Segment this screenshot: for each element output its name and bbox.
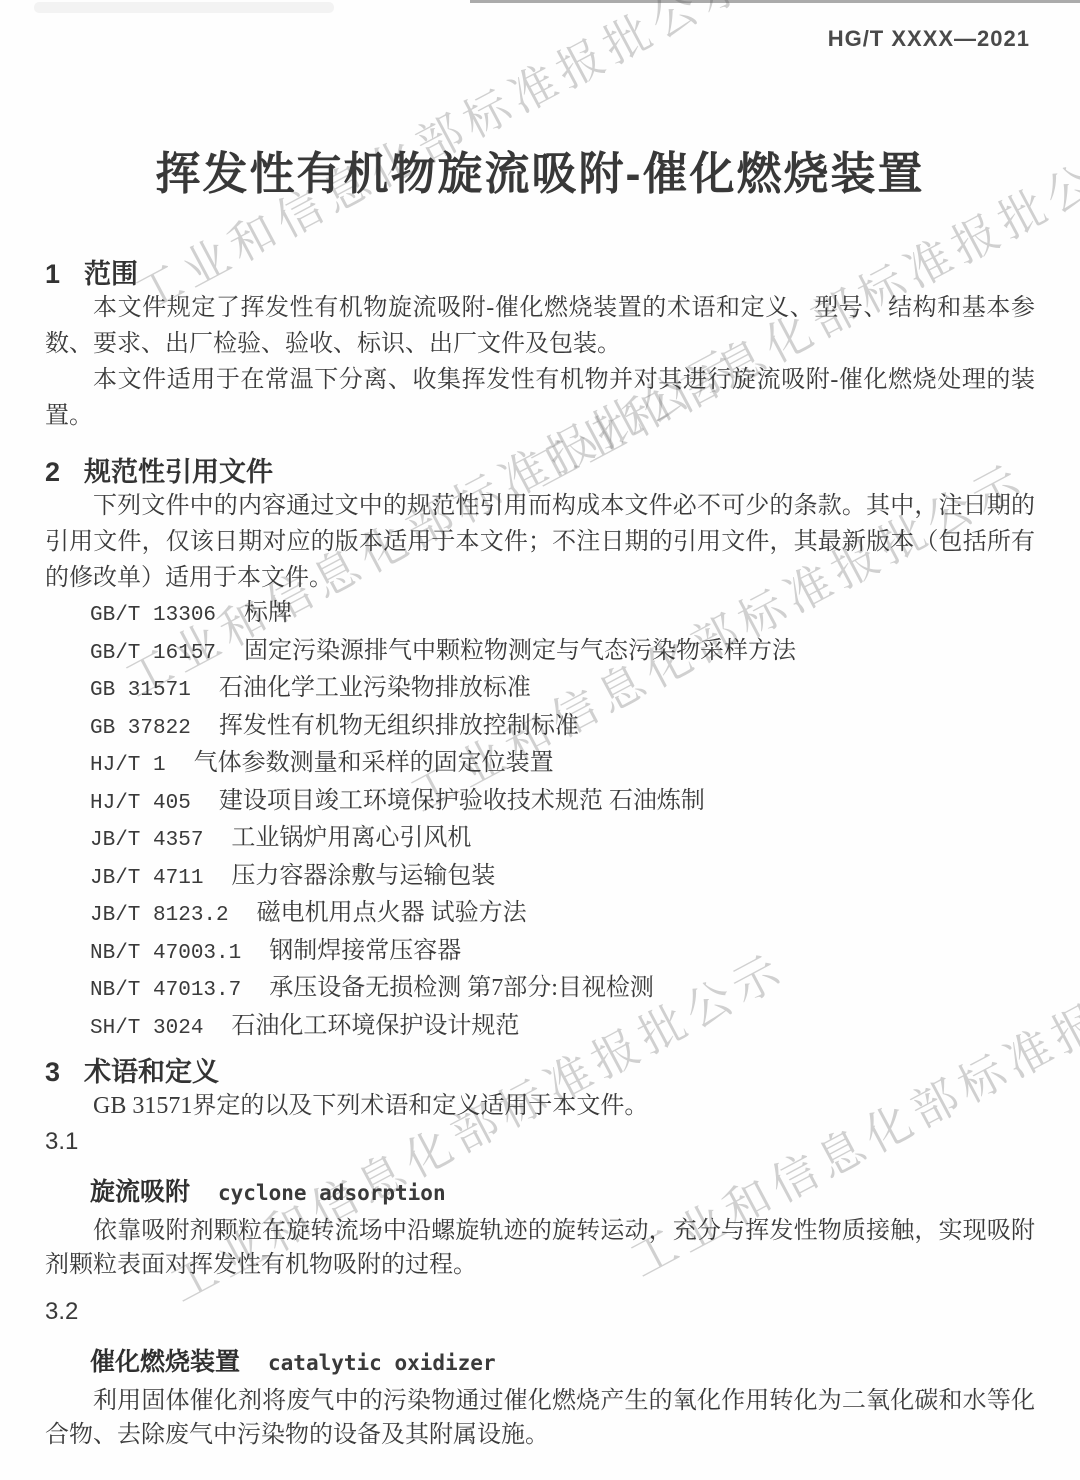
document-page: 工业和信息化部标准报批公示工业和信息化部标准报批公示工业和信息化部标准报批公示工… (0, 0, 1080, 1480)
reference-code: GB 31571 (90, 679, 191, 702)
term-name-en: cyclone adsorption (218, 1181, 446, 1205)
reference-code: GB/T 13306 (90, 604, 216, 627)
reference-title: 磁电机用点火器 试验方法 (257, 900, 527, 926)
section-scope-heading: 1范围 (45, 258, 1035, 290)
reference-code: JB/T 4711 (90, 867, 203, 890)
reference-item: JB/T 8123.2磁电机用点火器 试验方法 (90, 896, 1035, 934)
reference-title: 气体参数测量和采样的固定位装置 (194, 750, 554, 776)
section-title: 术语和定义 (84, 1057, 219, 1087)
reference-title: 石油化学工业污染物排放标准 (219, 675, 531, 701)
reference-item: GB/T 16157固定污染源排气中颗粒物测定与气态污染物采样方法 (90, 634, 1035, 672)
reference-item: HJ/T 1气体参数测量和采样的固定位装置 (90, 746, 1035, 784)
reference-code: JB/T 4357 (90, 829, 203, 852)
reference-code: HJ/T 1 (90, 754, 166, 777)
term-name-en: catalytic oxidizer (268, 1351, 496, 1375)
reference-title: 钢制焊接常压容器 (269, 938, 461, 964)
term-definition: 依靠吸附剂颗粒在旋转流场中沿螺旋轨迹的旋转运动，充分与挥发性物质接触，实现吸附剂… (45, 1214, 1035, 1282)
scope-paragraph: 本文件规定了挥发性有机物旋流吸附-催化燃烧装置的术语和定义、型号、结构和基本参数… (45, 290, 1035, 362)
reference-code: GB 37822 (90, 717, 191, 740)
reference-item: GB 31571石油化学工业污染物排放标准 (90, 671, 1035, 709)
reference-title: 石油化工环境保护设计规范 (231, 1013, 519, 1039)
reference-title: 工业锅炉用离心引风机 (231, 825, 471, 851)
term-name-zh: 旋流吸附 (90, 1178, 190, 1206)
reference-code: HJ/T 405 (90, 792, 191, 815)
reference-item: GB/T 13306标牌 (90, 596, 1035, 634)
reference-title: 压力容器涂敷与运输包装 (231, 863, 495, 889)
reference-title: 固定污染源排气中颗粒物测定与气态污染物采样方法 (244, 638, 796, 664)
term-entry-number: 3.2 (45, 1298, 1035, 1326)
reference-code: SH/T 3024 (90, 1017, 203, 1040)
reference-title: 挥发性有机物无组织排放控制标准 (219, 713, 579, 739)
document-content: HG/T XXXX—2021 挥发性有机物旋流吸附-催化燃烧装置 1范围 本文件… (0, 0, 1080, 1452)
reference-code: GB/T 16157 (90, 642, 216, 665)
term-entry-number: 3.1 (45, 1128, 1035, 1156)
term-definition: 利用固体催化剂将废气中的污染物通过催化燃烧产生的氧化作用转化为二氧化碳和水等化合… (45, 1384, 1035, 1452)
reference-title: 承压设备无损检测 第7部分:目视检测 (269, 975, 654, 1001)
section-number: 1 (45, 259, 60, 289)
reference-item: NB/T 47003.1钢制焊接常压容器 (90, 934, 1035, 972)
reference-item: JB/T 4357工业锅炉用离心引风机 (90, 821, 1035, 859)
scan-artifact-smudge (34, 2, 334, 13)
term-name-zh: 催化燃烧装置 (90, 1348, 240, 1376)
reference-title: 建设项目竣工环境保护验收技术规范 石油炼制 (219, 788, 705, 814)
reference-code: NB/T 47003.1 (90, 942, 241, 965)
standard-code: HG/T XXXX—2021 (828, 26, 1030, 51)
reference-title: 标牌 (244, 600, 292, 626)
term-name-line: 旋流吸附cyclone adsorption (45, 1176, 1035, 1212)
references-intro: 下列文件中的内容通过文中的规范性引用而构成本文件必不可少的条款。其中，注日期的引… (45, 488, 1035, 596)
reference-item: HJ/T 405建设项目竣工环境保护验收技术规范 石油炼制 (90, 784, 1035, 822)
document-title: 挥发性有机物旋流吸附-催化燃烧装置 (45, 148, 1035, 200)
reference-code: JB/T 8123.2 (90, 904, 229, 927)
reference-item: NB/T 47013.7承压设备无损检测 第7部分:目视检测 (90, 971, 1035, 1009)
section-number: 3 (45, 1057, 60, 1087)
terms-intro: GB 31571界定的以及下列术语和定义适用于本文件。 (45, 1088, 1035, 1124)
section-title: 范围 (84, 259, 138, 289)
normative-references-list: GB/T 13306标牌GB/T 16157固定污染源排气中颗粒物测定与气态污染… (45, 596, 1035, 1046)
scan-artifact-top-line (470, 0, 1080, 3)
reference-item: JB/T 4711压力容器涂敷与运输包装 (90, 859, 1035, 897)
term-name-line: 催化燃烧装置catalytic oxidizer (45, 1346, 1035, 1382)
section-terms-heading: 3术语和定义 (45, 1056, 1035, 1088)
section-title: 规范性引用文件 (84, 457, 273, 487)
section-number: 2 (45, 457, 60, 487)
reference-code: NB/T 47013.7 (90, 979, 241, 1002)
scope-paragraph: 本文件适用于在常温下分离、收集挥发性有机物并对其进行旋流吸附-催化燃烧处理的装置… (45, 362, 1035, 434)
reference-item: GB 37822挥发性有机物无组织排放控制标准 (90, 709, 1035, 747)
section-references-heading: 2规范性引用文件 (45, 456, 1035, 488)
reference-item: SH/T 3024石油化工环境保护设计规范 (90, 1009, 1035, 1047)
